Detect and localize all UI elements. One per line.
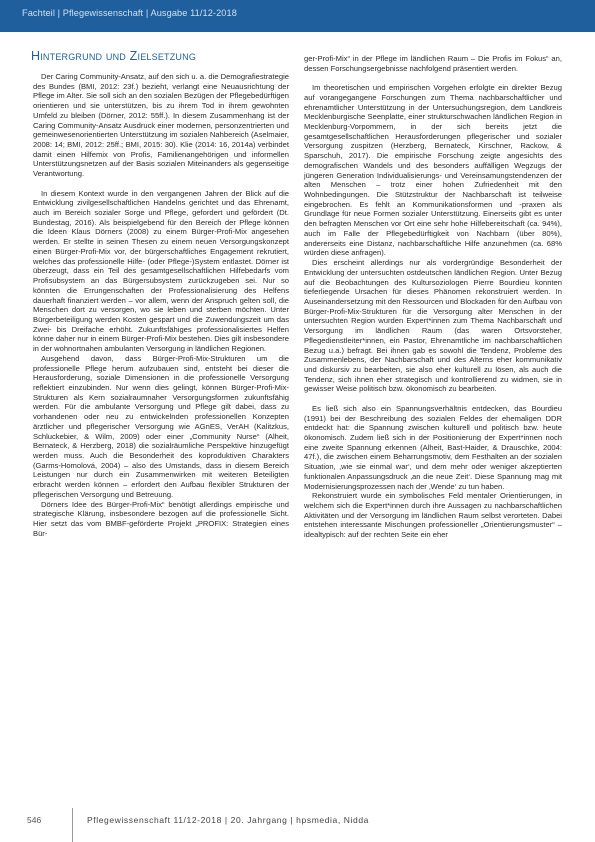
paragraph: Im theoretischen und empirischen Vorgehe… <box>304 83 562 258</box>
paragraph: ger-Profi-Mix“ in der Pflege im ländlich… <box>304 54 562 73</box>
paragraph: Es ließ sich also ein Spannungsverhältni… <box>304 404 562 491</box>
footer-citation: Pflegewissenschaft 11/12-2018 | 20. Jahr… <box>87 815 369 825</box>
right-column: ger-Profi-Mix“ in der Pflege im ländlich… <box>304 54 562 540</box>
paragraph: In diesem Kontext wurde in den vergangen… <box>33 189 289 354</box>
running-head: Fachteil | Pflegewissenschaft | Ausgabe … <box>22 8 237 18</box>
section-heading: Hintergrund und Zielsetzung <box>31 49 196 63</box>
left-column: Der Caring Community-Ansatz, auf den sic… <box>33 72 289 538</box>
footer-divider <box>72 808 73 842</box>
paragraph: Dies erscheint allerdings nur als vorder… <box>304 258 562 394</box>
paragraph: Ausgehend davon, dass Bürger-Profi-Mix-S… <box>33 354 289 500</box>
paragraph: Dörners Idee des Bürger-Profi-Mix“ benöt… <box>33 500 289 539</box>
paragraph: Rekonstruiert wurde ein symbolisches Fel… <box>304 491 562 540</box>
paragraph: Der Caring Community-Ansatz, auf den sic… <box>33 72 289 179</box>
page-number: 546 <box>27 815 41 825</box>
running-head-bar: Fachteil | Pflegewissenschaft | Ausgabe … <box>0 0 595 32</box>
